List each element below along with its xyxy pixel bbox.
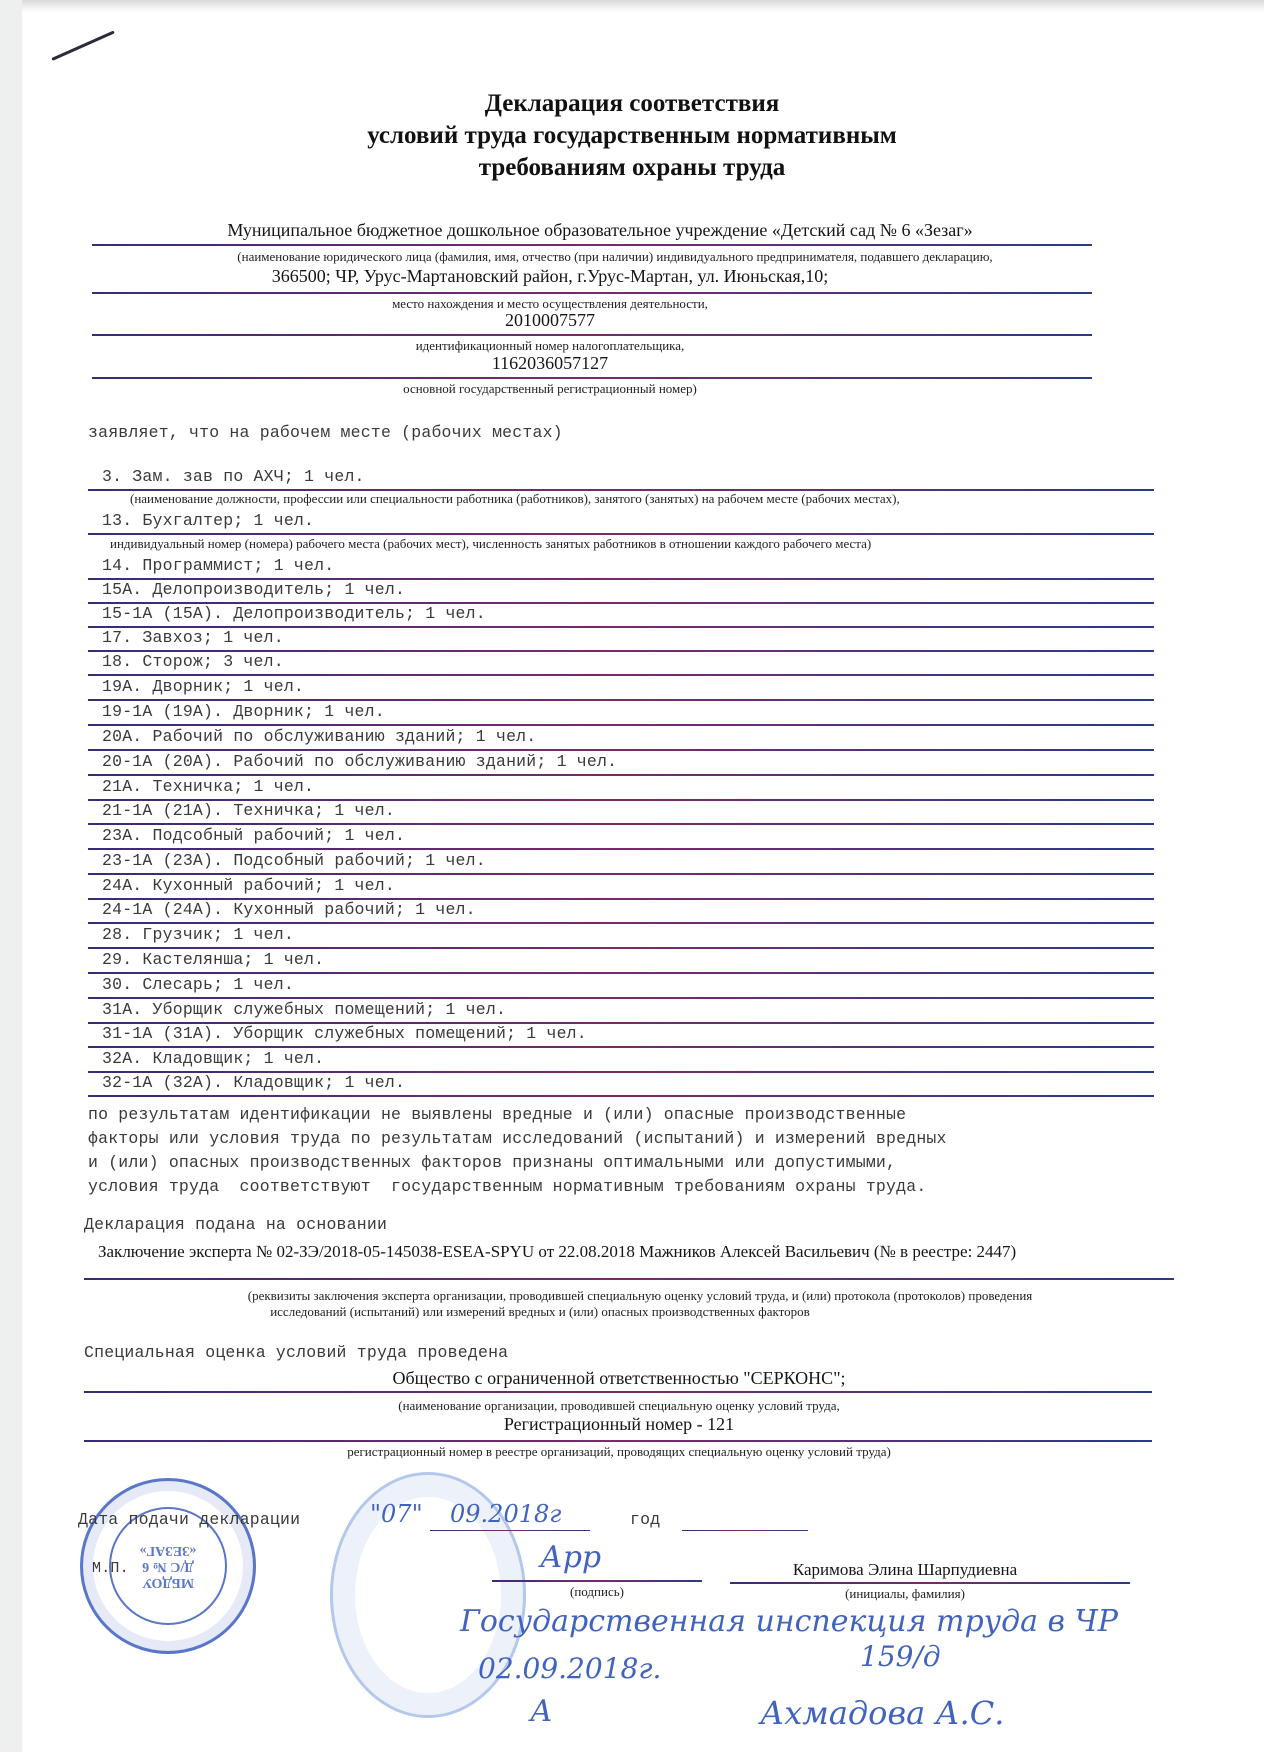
workplace-row: 18. Сторож; 3 чел. xyxy=(88,652,1154,676)
sout-registration-caption: регистрационный номер в реестре организа… xyxy=(84,1444,1154,1460)
workplace-text: 28. Грузчик; 1 чел. xyxy=(102,925,294,944)
workplace-text: 24А. Кухонный рабочий; 1 чел. xyxy=(102,876,395,895)
workplace-row: 20-1А (20А). Рабочий по обслуживанию зда… xyxy=(88,752,1154,776)
submission-date-handwritten: 09.2018г xyxy=(450,1500,561,1528)
rule xyxy=(88,1095,1154,1097)
conclusion-line-2: факторы или условия труда по результатам… xyxy=(88,1129,947,1148)
ogrn-caption: основной государственный регистрационный… xyxy=(100,381,1000,397)
workplace-text: 14. Программист; 1 чел. xyxy=(102,556,334,575)
workplace-row: 19А. Дворник; 1 чел. xyxy=(88,677,1154,701)
year-label: год xyxy=(630,1510,660,1529)
workplace-row: 29. Кастелянша; 1 чел. xyxy=(88,950,1154,974)
conclusion-line-3: и (или) опасных производственных факторо… xyxy=(88,1153,896,1172)
rule xyxy=(92,334,1092,336)
inn-value: 2010007577 xyxy=(100,310,1000,331)
rule xyxy=(88,972,1154,974)
title-line-3: требованиям охраны труда xyxy=(0,152,1264,184)
workplace-row: 14. Программист; 1 чел. xyxy=(88,556,1154,580)
workplace-row: 21-1А (21А). Техничка; 1 чел. xyxy=(88,801,1154,825)
rule xyxy=(88,699,1154,701)
workplace-text: 23А. Подсобный рабочий; 1 чел. xyxy=(102,826,405,845)
sout-registration-number: Регистрационный номер - 121 xyxy=(84,1414,1154,1435)
rule xyxy=(492,1580,702,1582)
workplace-row: 20А. Рабочий по обслуживанию зданий; 1 ч… xyxy=(88,727,1154,751)
inspection-note-number: 159/д xyxy=(860,1640,941,1673)
workplace-row: 19-1А (19А). Дворник; 1 чел. xyxy=(88,702,1154,726)
rule xyxy=(84,1440,1152,1442)
signer-name: Каримова Элина Шарпудиевна xyxy=(730,1560,1080,1580)
rule xyxy=(88,749,1154,751)
inspection-note-date: 02.09.2018г. xyxy=(478,1652,661,1685)
rule xyxy=(84,1391,1152,1393)
workplace-text: 3. Зам. зав по АХЧ; 1 чел. xyxy=(102,467,365,486)
rule xyxy=(88,848,1154,850)
submission-day: "07" xyxy=(370,1500,423,1528)
workplace-text: 32-1А (32А). Кладовщик; 1 чел. xyxy=(102,1073,405,1092)
conclusion-line-1: по результатам идентификации не выявлены… xyxy=(88,1105,906,1124)
workplace-row: 3. Зам. зав по АХЧ; 1 чел. xyxy=(88,467,1154,491)
workplace-row: 13. Бухгалтер; 1 чел. xyxy=(88,511,1154,535)
inspector-initials-signature: А xyxy=(530,1694,553,1729)
workplace-text: 31А. Уборщик служебных помещений; 1 чел. xyxy=(102,1000,506,1019)
rule xyxy=(88,873,1154,875)
workplace-row: 15А. Делопроизводитель; 1 чел. xyxy=(88,580,1154,604)
workplace-text: 20-1А (20А). Рабочий по обслуживанию зда… xyxy=(102,752,617,771)
scan-edge-left xyxy=(0,0,22,1752)
title-line-1: Декларация соответствия xyxy=(0,88,1264,120)
inspector-name: Ахмадова А.С. xyxy=(760,1694,1004,1732)
pen-mark xyxy=(51,30,114,60)
workplace-text: 31-1А (31А). Уборщик служебных помещений… xyxy=(102,1024,587,1043)
workplace-text: 15А. Делопроизводитель; 1 чел. xyxy=(102,580,405,599)
workplace-text: 32А. Кладовщик; 1 чел. xyxy=(102,1049,324,1068)
basis-value: Заключение эксперта № 02-ЗЭ/2018-05-1450… xyxy=(98,1242,1016,1262)
inspection-note-line-1: Государственная инспекция труда в ЧР xyxy=(460,1604,1118,1639)
rule xyxy=(92,292,1092,294)
conclusion-line-4: условия труда соответствуют государствен… xyxy=(88,1177,926,1196)
workplace-row: 32-1А (32А). Кладовщик; 1 чел. xyxy=(88,1073,1154,1097)
workplace-row: 24-1А (24А). Кухонный рабочий; 1 чел. xyxy=(88,900,1154,924)
organization-stamp-text: МБДОУ Д/С № 6 «ЗЕЗАГ» xyxy=(140,1542,197,1590)
workplace-row: 17. Завхоз; 1 чел. xyxy=(88,628,1154,652)
sout-organization: Общество с ограниченной ответственностью… xyxy=(84,1368,1154,1389)
workplace-text: 18. Сторож; 3 чел. xyxy=(102,652,284,671)
rule xyxy=(88,724,1154,726)
rule xyxy=(92,244,1092,246)
workplace-row: 30. Слесарь; 1 чел. xyxy=(88,975,1154,999)
workplace-text: 23-1А (23А). Подсобный рабочий; 1 чел. xyxy=(102,851,486,870)
rule xyxy=(682,1530,808,1531)
workplace-text: 17. Завхоз; 1 чел. xyxy=(102,628,284,647)
workplace-row: 23-1А (23А). Подсобный рабочий; 1 чел. xyxy=(88,851,1154,875)
scan-edge-top xyxy=(22,0,1264,12)
inn-caption: идентификационный номер налогоплательщик… xyxy=(100,338,1000,354)
organization-name-caption: (наименование юридического лица (фамилия… xyxy=(110,249,1120,265)
rule xyxy=(88,774,1154,776)
workplace-caption-2: индивидуальный номер (номера) рабочего м… xyxy=(110,536,1120,552)
rule xyxy=(430,1530,590,1531)
rule xyxy=(88,674,1154,676)
rule xyxy=(730,1582,1130,1584)
stamp-place-label: М.П. xyxy=(92,1560,129,1577)
organization-name: Муниципальное бюджетное дошкольное образ… xyxy=(100,220,1100,241)
workplace-row: 31А. Уборщик служебных помещений; 1 чел. xyxy=(88,1000,1154,1024)
workplace-text: 19-1А (19А). Дворник; 1 чел. xyxy=(102,702,385,721)
basis-caption-1: (реквизиты заключения эксперта организац… xyxy=(100,1288,1180,1304)
rule xyxy=(88,997,1154,999)
rule xyxy=(84,1278,1174,1280)
workplace-text: 15-1А (15А). Делопроизводитель; 1 чел. xyxy=(102,604,486,623)
workplace-text: 29. Кастелянша; 1 чел. xyxy=(102,950,324,969)
basis-caption-2: исследований (испытаний) или измерений в… xyxy=(100,1304,980,1320)
organization-address: 366500; ЧР, Урус-Мартановский район, г.У… xyxy=(100,266,1000,287)
signature: Арр xyxy=(540,1540,601,1575)
workplace-text: 21-1А (21А). Техничка; 1 чел. xyxy=(102,801,395,820)
submission-date-label: Дата подачи декларации xyxy=(78,1510,300,1529)
rule xyxy=(88,947,1154,949)
workplace-text: 20А. Рабочий по обслуживанию зданий; 1 ч… xyxy=(102,727,536,746)
workplace-row: 15-1А (15А). Делопроизводитель; 1 чел. xyxy=(88,604,1154,628)
rule xyxy=(92,377,1092,379)
workplace-row: 24А. Кухонный рабочий; 1 чел. xyxy=(88,876,1154,900)
workplace-row: 21А. Техничка; 1 чел. xyxy=(88,777,1154,801)
workplace-row: 28. Грузчик; 1 чел. xyxy=(88,925,1154,949)
workplace-row: 32А. Кладовщик; 1 чел. xyxy=(88,1049,1154,1073)
workplace-text: 24-1А (24А). Кухонный рабочий; 1 чел. xyxy=(102,900,476,919)
ogrn-value: 1162036057127 xyxy=(100,353,1000,374)
workplace-row: 31-1А (31А). Уборщик служебных помещений… xyxy=(88,1024,1154,1048)
sout-organization-caption: (наименование организации, проводившей с… xyxy=(84,1398,1154,1414)
workplace-caption-1: (наименование должности, профессии или с… xyxy=(130,491,1130,507)
sout-label: Специальная оценка условий труда проведе… xyxy=(84,1343,508,1362)
workplace-row: 23А. Подсобный рабочий; 1 чел. xyxy=(88,826,1154,850)
workplace-text: 30. Слесарь; 1 чел. xyxy=(102,975,294,994)
workplace-text: 19А. Дворник; 1 чел. xyxy=(102,677,304,696)
signer-caption: (инициалы, фамилия) xyxy=(730,1586,1080,1602)
rule xyxy=(88,823,1154,825)
declares-intro: заявляет, что на рабочем месте (рабочих … xyxy=(88,423,563,442)
rule xyxy=(88,533,1154,535)
rule xyxy=(88,1046,1154,1048)
workplace-text: 13. Бухгалтер; 1 чел. xyxy=(102,511,314,530)
workplace-text: 21А. Техничка; 1 чел. xyxy=(102,777,314,796)
signature-caption: (подпись) xyxy=(492,1584,702,1600)
basis-label: Декларация подана на основании xyxy=(84,1215,387,1234)
title-line-2: условий труда государственным нормативны… xyxy=(0,120,1264,152)
rule xyxy=(88,922,1154,924)
